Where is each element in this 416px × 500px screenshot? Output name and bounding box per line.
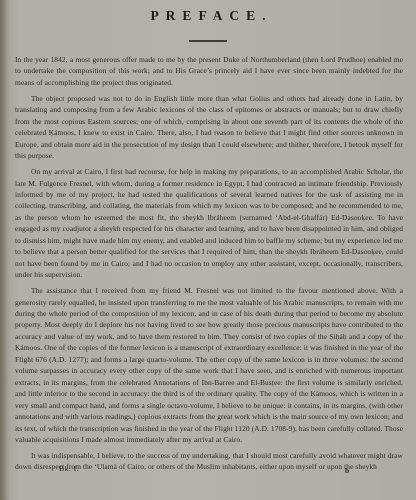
- paragraph-2: The object proposed was not to do in Eng…: [15, 93, 403, 162]
- page-gutter-shadow: [0, 0, 10, 500]
- page-title: PREFACE.: [0, 8, 416, 24]
- paragraph-1: In the year 1842, a most generous offer …: [15, 54, 403, 88]
- page-footer: Bk. I. b: [15, 464, 403, 478]
- paragraph-3: On my arrival at Cairo, I first had reco…: [15, 166, 403, 281]
- preface-text-block: In the year 1842, a most generous offer …: [15, 54, 403, 477]
- paragraph-4: The assistance that I received from my f…: [15, 285, 403, 445]
- sheet-signature-mark: b: [345, 466, 349, 475]
- scanned-book-page: PREFACE. In the year 1842, a most genero…: [0, 0, 416, 500]
- book-signature: Bk. I.: [59, 464, 79, 473]
- title-divider-rule: [189, 40, 227, 42]
